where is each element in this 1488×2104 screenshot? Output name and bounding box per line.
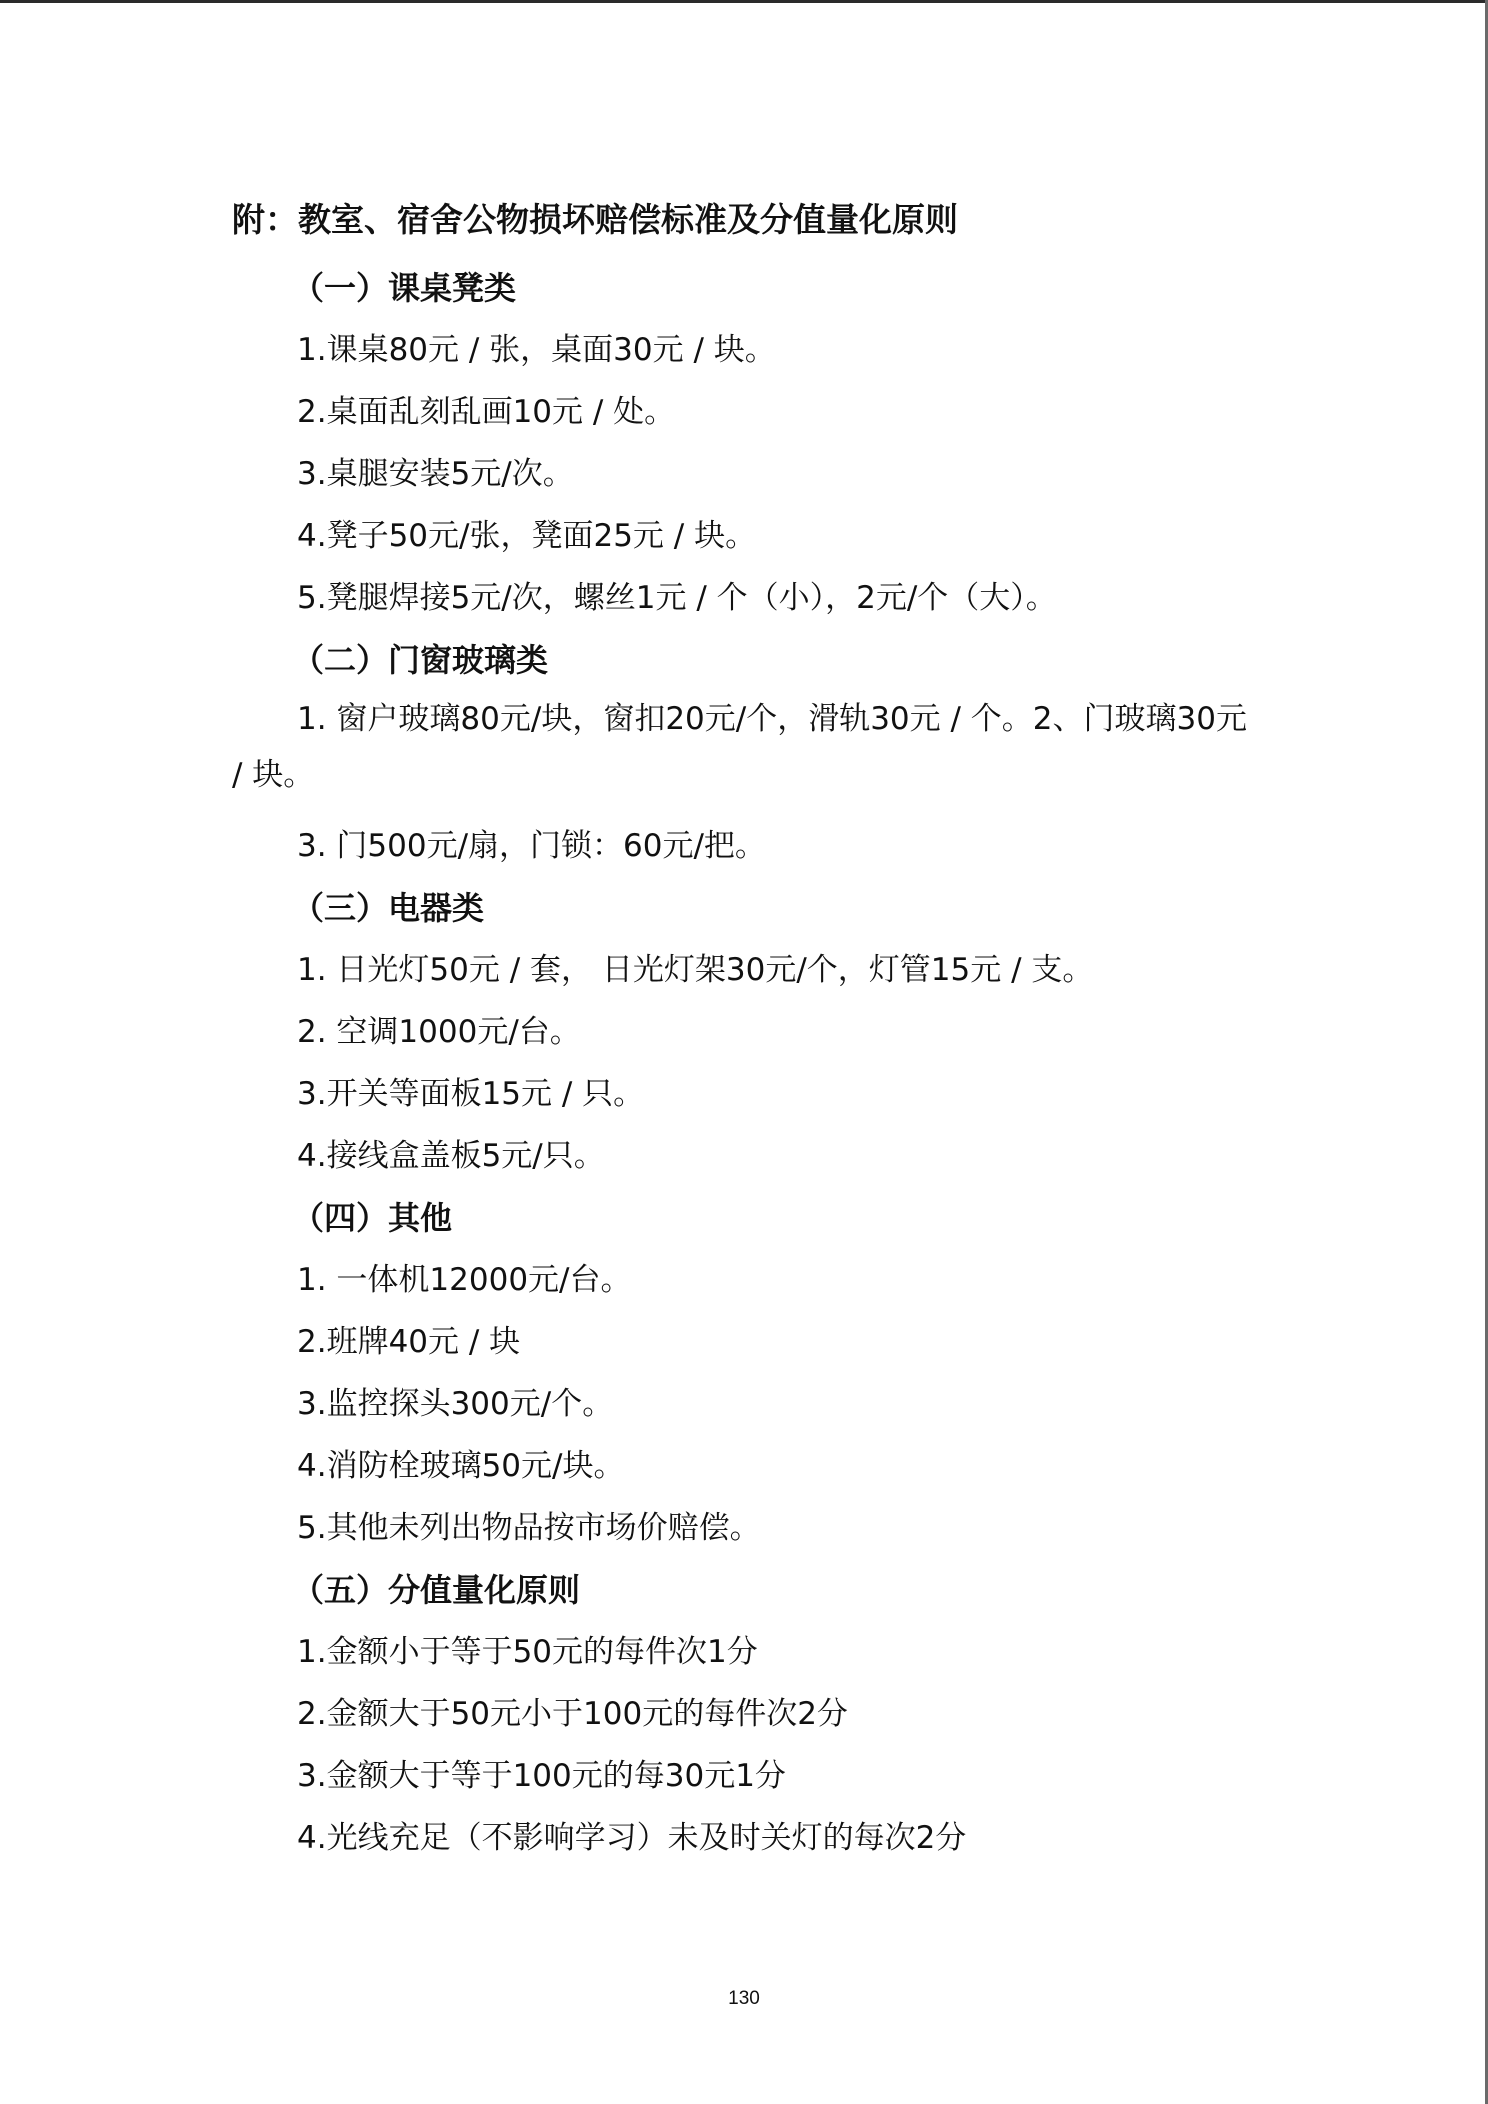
section-heading: （四）其他 xyxy=(232,1187,1267,1249)
page-number: 130 xyxy=(0,1988,1488,2010)
list-item: 4.光线充足（不影响学习）未及时关灯的每次2分 xyxy=(232,1807,1267,1869)
list-item: 1.金额小于等于50元的每件次1分 xyxy=(232,1621,1267,1683)
page-top-border xyxy=(0,0,1488,3)
list-item: 3.开关等面板15元 / 只。 xyxy=(232,1063,1267,1125)
list-item: 2. 空调1000元/台。 xyxy=(232,1001,1267,1063)
section-other: （四）其他 1. 一体机12000元/台。 2.班牌40元 / 块 3.监控探头… xyxy=(232,1187,1267,1559)
section-heading: （一）课桌凳类 xyxy=(232,257,1267,319)
list-item: 3.监控探头300元/个。 xyxy=(232,1373,1267,1435)
list-item: 1. 日光灯50元 / 套， 日光灯架30元/个，灯管15元 / 支。 xyxy=(232,939,1267,1001)
document-page: 附：教室、宿舍公物损坏赔偿标准及分值量化原则 （一）课桌凳类 1.课桌80元 /… xyxy=(232,195,1267,1869)
list-item: 4.接线盒盖板5元/只。 xyxy=(232,1125,1267,1187)
section-heading: （三）电器类 xyxy=(232,877,1267,939)
section-heading: （五）分值量化原则 xyxy=(232,1559,1267,1621)
section-desks-chairs: （一）课桌凳类 1.课桌80元 / 张，桌面30元 / 块。 2.桌面乱刻乱画1… xyxy=(232,257,1267,629)
list-item: 5.凳腿焊接5元/次，螺丝1元 / 个（小），2元/个（大）。 xyxy=(232,567,1267,629)
section-doors-windows-glass: （二）门窗玻璃类 1. 窗户玻璃80元/块，窗扣20元/个，滑轨30元 / 个。… xyxy=(232,629,1267,877)
list-item: 2.金额大于50元小于100元的每件次2分 xyxy=(232,1683,1267,1745)
document-title: 附：教室、宿舍公物损坏赔偿标准及分值量化原则 xyxy=(232,195,1267,257)
list-item: 3. 门500元/扇，门锁：60元/把。 xyxy=(232,815,1267,877)
list-item: 4.消防栓玻璃50元/块。 xyxy=(232,1435,1267,1497)
list-item: 1. 窗户玻璃80元/块，窗扣20元/个，滑轨30元 / 个。2、门玻璃30元 … xyxy=(232,691,1267,815)
section-electrical: （三）电器类 1. 日光灯50元 / 套， 日光灯架30元/个，灯管15元 / … xyxy=(232,877,1267,1187)
list-item: 1.课桌80元 / 张，桌面30元 / 块。 xyxy=(232,319,1267,381)
section-heading: （二）门窗玻璃类 xyxy=(232,629,1267,691)
list-item: 2.班牌40元 / 块 xyxy=(232,1311,1267,1373)
list-item: 1. 一体机12000元/台。 xyxy=(232,1249,1267,1311)
list-item: 3.金额大于等于100元的每30元1分 xyxy=(232,1745,1267,1807)
list-item: 4.凳子50元/张，凳面25元 / 块。 xyxy=(232,505,1267,567)
section-score-quantification: （五）分值量化原则 1.金额小于等于50元的每件次1分 2.金额大于50元小于1… xyxy=(232,1559,1267,1869)
list-item: 3.桌腿安装5元/次。 xyxy=(232,443,1267,505)
list-item: 5.其他未列出物品按市场价赔偿。 xyxy=(232,1497,1267,1559)
list-item: 2.桌面乱刻乱画10元 / 处。 xyxy=(232,381,1267,443)
